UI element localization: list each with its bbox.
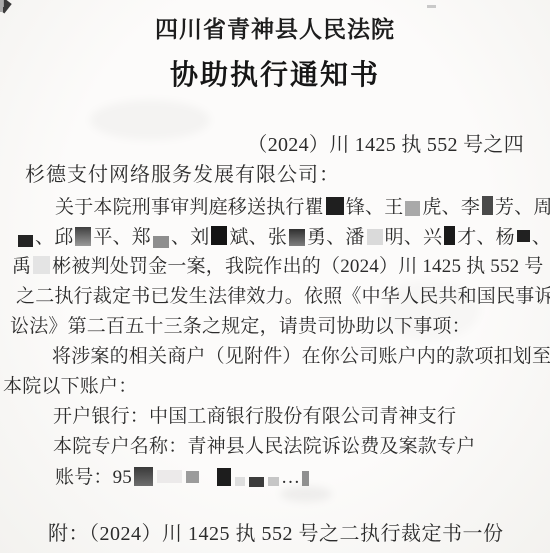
text-run: 平、郑 [93,227,151,248]
document-page: 四川省青神县人民法院 协助执行通知书 （2024）川 1425 执 552 号之… [0,0,550,553]
text-run: 明、兴 [385,227,443,248]
text-run: 勇、潘 [307,227,365,248]
redaction-block [134,467,153,486]
addressee: 杉德支付网络服务发展有限公司： [25,158,340,187]
text-run: 才、杨 [457,227,515,248]
redaction-block [186,471,199,483]
instruction-line-2: 本院以下账户： [3,374,137,400]
redaction-block [302,471,309,486]
redaction-block [326,197,344,215]
photo-blotch [90,100,210,140]
defendants-line-1: 关于本院刑事审判庭移送执行瞿锋、王虎、李芳、周 [55,194,550,221]
redaction-block [249,477,264,487]
defendants-line-3: 禹彬被判处罚金一案，我院作出的（2024）川 1425 执 552 号 [12,254,544,280]
redaction-block [268,477,279,486]
text-run: 账号：95 [55,467,132,488]
case-number: （2024）川 1425 执 552 号之四 [247,128,524,157]
text-run: 、 [532,227,550,248]
text-run: 、邱 [35,227,73,248]
account-name-line: 本院专户名称：青神县人民法院诉讼费及案款专户 [53,434,475,460]
text-run: 彬被判处罚金一案，我院作出的（2024）川 1425 执 552 号 [52,256,543,277]
text-run: 虎、李 [422,197,480,218]
instruction-line-1: 将涉案的相关商户（见附件）在你公司账户内的款项扣划至 [52,344,550,370]
document-title: 协助执行通知书 [0,53,550,93]
redaction-block [405,201,420,216]
bank-line: 开户银行：中国工商银行股份有限公司青神支行 [53,404,456,430]
court-name: 四川省青神县人民法院 [0,11,550,44]
defendants-line-2: 、邱平、郑、刘斌、张勇、潘明、兴才、杨、 [16,224,550,251]
redaction-block [33,256,50,274]
body-line-ruling: 之二执行裁定书已发生法律效力。依照《中华人民共和国民事诉 [16,284,550,310]
attachment-note: 附：（2024）川 1425 执 552 号之二执行裁定书一份 [48,517,504,546]
text-run: 芳、周 [495,197,550,218]
redaction-block [211,226,227,245]
text-run: … [281,467,300,488]
redaction-block [153,236,169,248]
text-run: 禹 [12,256,31,277]
redaction-block [235,477,245,486]
redaction-block [367,229,383,245]
text-run: 斌、张 [229,227,287,248]
redaction-block [157,470,182,483]
redaction-block [482,196,493,215]
redaction-block [75,227,91,246]
redaction-block [217,468,231,486]
text-run: 锋、王 [346,197,404,218]
redaction-block [517,230,530,242]
text-run: 关于本院刑事审判庭移送执行瞿 [55,197,324,218]
account-number-line: 账号：95… [55,464,311,491]
body-line-law: 讼法》第二百五十三条之规定，请贵司协助以下事项： [10,314,471,340]
photo-artifact [427,5,436,8]
redaction-block [289,229,305,246]
redaction-block [444,226,455,245]
text-run: 、刘 [171,227,209,248]
redaction-block [18,235,33,247]
